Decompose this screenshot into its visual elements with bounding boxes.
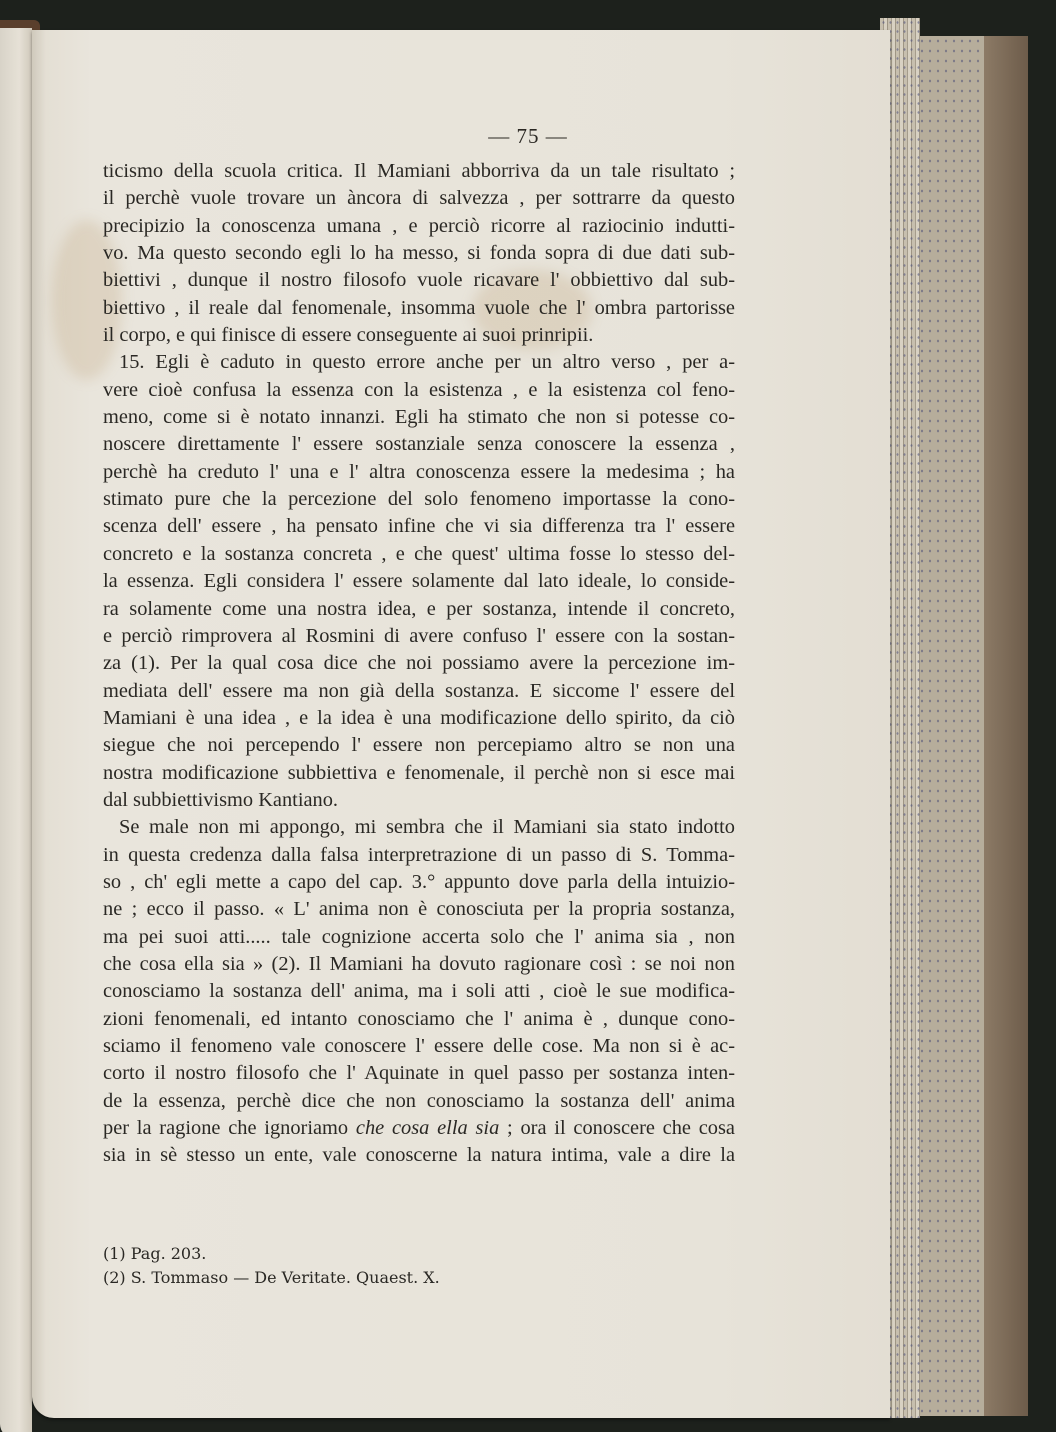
text-line: il perchè vuole trovare un àncora di sal…: [103, 185, 735, 212]
italic-quote: che cosa ella sia: [356, 1117, 499, 1139]
text-line: la essenza. Egli considera l' essere sol…: [103, 568, 735, 595]
text-line: il corpo, e qui finisce di essere conseg…: [103, 322, 735, 349]
text-segment: ; ora il conoscere che cosa: [499, 1117, 735, 1139]
paragraph-start: Se male non mi appongo, mi sembra che il…: [103, 814, 735, 841]
text-line: conosciamo la sostanza dell' anima, ma i…: [103, 978, 735, 1005]
text-line: meno, come si è notato innanzi. Egli ha …: [103, 404, 735, 431]
text-line: corto il nostro filosofo che l' Aquinate…: [103, 1060, 735, 1087]
text-line: zioni fenomenali, ed intanto conosciamo …: [103, 1006, 735, 1033]
text-line: mediata dell' essere ma non già della so…: [103, 678, 735, 705]
footnote-1: (1) Pag. 203.: [103, 1242, 440, 1266]
text-line: stimato pure che la percezione del solo …: [103, 486, 735, 513]
footnote-2: (2) S. Tommaso — De Veritate. Quaest. X.: [103, 1266, 440, 1290]
text-line: biettivo , il reale dal fenomenale, inso…: [103, 295, 735, 322]
page-block-speckled: [918, 36, 984, 1416]
text-line: ma pei suoi atti..... tale cognizione ac…: [103, 924, 735, 951]
text-line: ticismo della scuola critica. Il Mamiani…: [103, 158, 735, 185]
text-line: che cosa ella sia » (2). Il Mamiani ha d…: [103, 951, 735, 978]
text-line: ra solamente come una nostra idea, e per…: [103, 596, 735, 623]
text-line: Mamiani è una idea , e la idea è una mod…: [103, 705, 735, 732]
text-line: vo. Ma questo secondo egli lo ha messo, …: [103, 240, 735, 267]
text-line: so , ch' egli mette a capo del cap. 3.° …: [103, 869, 735, 896]
text-line: perchè ha creduto l' una e l' altra cono…: [103, 459, 735, 486]
section-15-start: 15. Egli è caduto in questo errore anche…: [103, 349, 735, 376]
text-line: dal subbiettivismo Kantiano.: [103, 787, 735, 814]
text-line: in questa credenza dalla falsa interpret…: [103, 842, 735, 869]
text-line: ne ; ecco il passo. « L' anima non è con…: [103, 896, 735, 923]
text-line: noscere direttamente l' essere sostanzia…: [103, 431, 735, 458]
text-line: za (1). Per la qual cosa dice che noi po…: [103, 650, 735, 677]
text-line: e perciò rimprovera al Rosmini di avere …: [103, 623, 735, 650]
text-line: precipizio la conoscenza umana , e perci…: [103, 213, 735, 240]
text-line: de la essenza, perchè dice che non conos…: [103, 1088, 735, 1115]
text-line: sia in sè stesso un ente, vale conoscern…: [103, 1142, 735, 1169]
text-line-with-italic: per la ragione che ignoriamo che cosa el…: [103, 1115, 735, 1142]
facing-page-edge: [0, 28, 32, 1432]
text-line: vere cioè confusa la essenza con la esis…: [103, 377, 735, 404]
text-line: nostra modificazione subbiettiva e fenom…: [103, 760, 735, 787]
footnotes: (1) Pag. 203. (2) S. Tommaso — De Verita…: [103, 1242, 440, 1290]
text-line: siegue che noi percependo l' essere non …: [103, 732, 735, 759]
book-cover-back: [984, 36, 1028, 1416]
text-line: scenza dell' essere , ha pensato infine …: [103, 513, 735, 540]
body-text: ticismo della scuola critica. Il Mamiani…: [103, 158, 735, 1170]
page-number-header: — 75 —: [0, 124, 1056, 149]
text-line: concreto e la sostanza concreta , e che …: [103, 541, 735, 568]
text-segment: per la ragione che ignoriamo: [103, 1117, 356, 1139]
text-line: biettivi , dunque il nostro filosofo vuo…: [103, 267, 735, 294]
text-line: sciamo il fenomeno vale conoscere l' ess…: [103, 1033, 735, 1060]
